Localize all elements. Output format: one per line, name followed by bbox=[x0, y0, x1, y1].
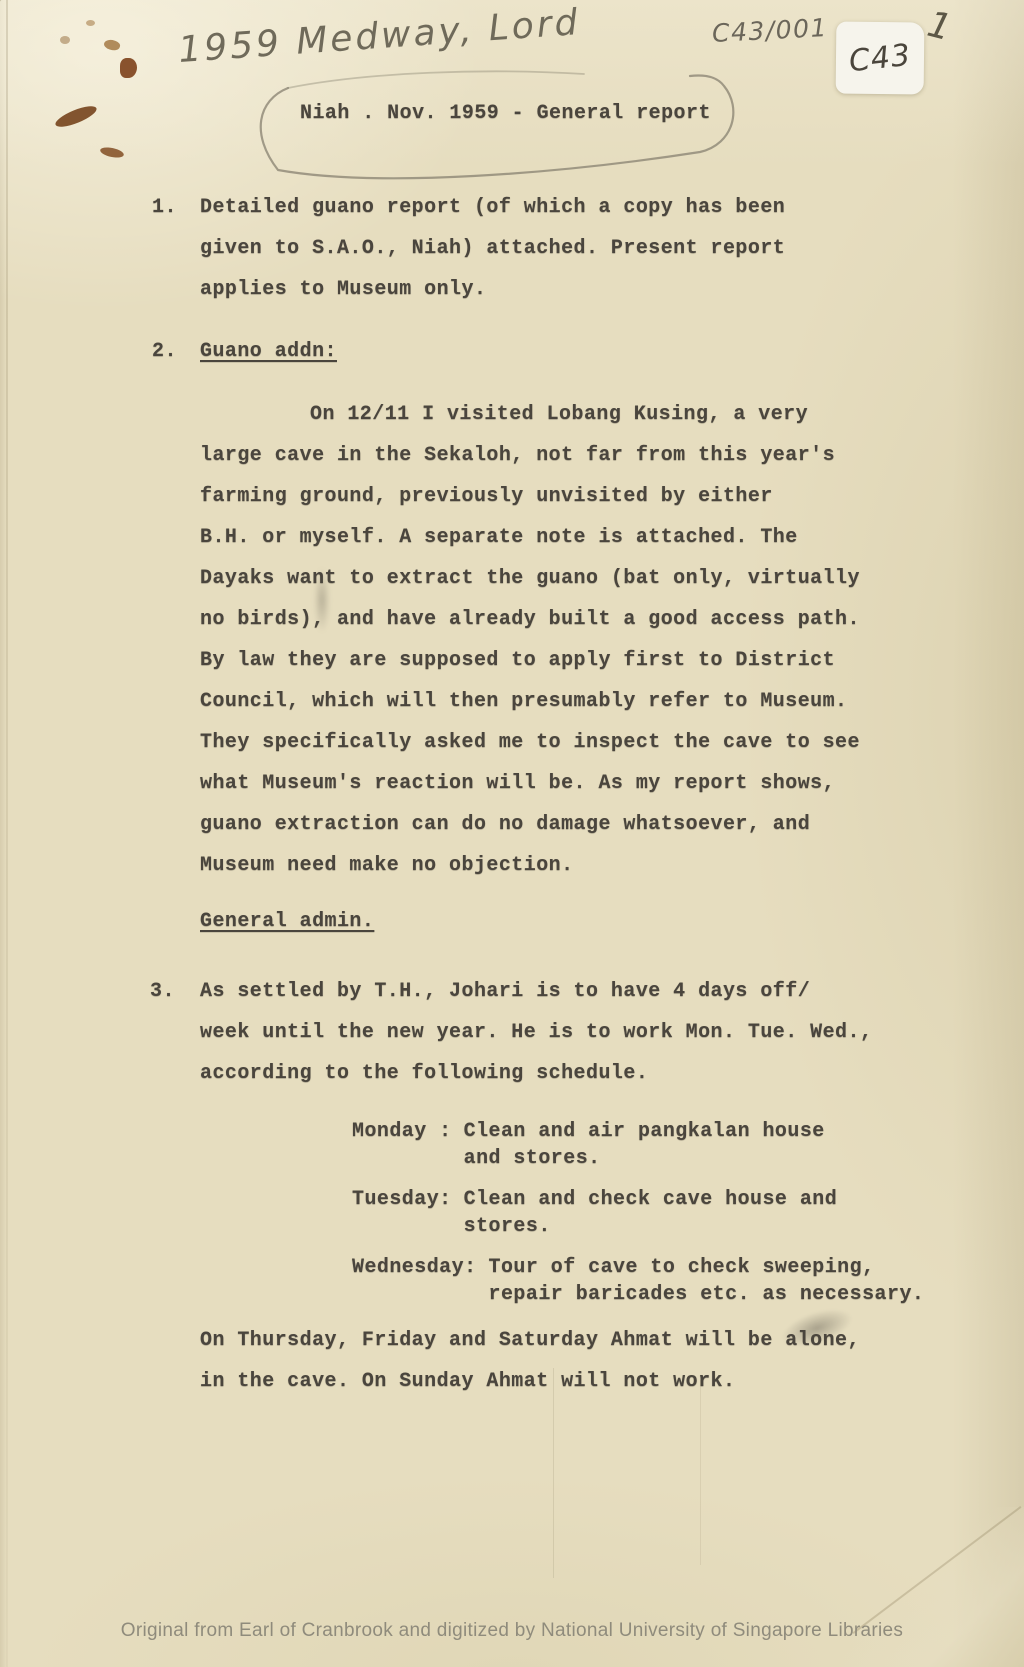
handwritten-year-owner: 1959 Medway, Lord bbox=[177, 2, 582, 71]
text-line: stores. bbox=[464, 1213, 838, 1240]
digitization-credit: Original from Earl of Cranbrook and digi… bbox=[0, 1620, 1024, 1642]
paragraph-1: 1. Detailed guano report (of which a cop… bbox=[152, 187, 785, 310]
paragraph-body: Detailed guano report (of which a copy h… bbox=[200, 187, 785, 310]
text-line: applies to Museum only. bbox=[200, 269, 785, 310]
text-line: repair baricades etc. as necessary. bbox=[489, 1281, 925, 1308]
schedule-entry-tuesday: Tuesday: Clean and check cave house and … bbox=[352, 1186, 924, 1240]
text-line: large cave in the Sekaloh, not far from … bbox=[200, 435, 860, 476]
schedule-description: Clean and check cave house and stores. bbox=[464, 1186, 838, 1240]
schedule-description: Tour of cave to check sweeping, repair b… bbox=[489, 1254, 925, 1308]
schedule-description: Clean and air pangkalan house and stores… bbox=[464, 1118, 825, 1172]
paragraph-3: 3. As settled by T.H., Johari is to have… bbox=[150, 971, 872, 1094]
scanned-document-page: 1959 Medway, Lord C43/001 C43 1 Niah . N… bbox=[0, 0, 1024, 1667]
text-line: week until the new year. He is to work M… bbox=[200, 1012, 872, 1053]
text-line: On Thursday, Friday and Saturday Ahmat w… bbox=[200, 1320, 860, 1361]
text-line: no birds), and have already built a good… bbox=[200, 599, 860, 640]
item-number: 2. bbox=[152, 331, 200, 372]
text-line: Clean and air pangkalan house bbox=[464, 1118, 825, 1145]
paragraph-2: On 12/11 I visited Lobang Kusing, a very… bbox=[200, 394, 860, 886]
section-heading-guano: Guano addn: bbox=[200, 331, 337, 372]
text-line: what Museum's reaction will be. As my re… bbox=[200, 763, 860, 804]
handwritten-ref-code: C43/001 bbox=[711, 13, 828, 48]
text-line: Detailed guano report (of which a copy h… bbox=[200, 187, 785, 228]
text-line: according to the following schedule. bbox=[200, 1053, 872, 1094]
document-title: Niah . Nov. 1959 - General report bbox=[300, 100, 711, 128]
schedule-day-label: Monday : bbox=[352, 1118, 452, 1145]
schedule-entry-monday: Monday : Clean and air pangkalan house a… bbox=[352, 1118, 924, 1172]
paper-stain bbox=[53, 102, 99, 131]
paragraph-2-heading: 2. Guano addn: bbox=[152, 331, 337, 372]
text-line: and stores. bbox=[464, 1145, 825, 1172]
paper-crease bbox=[6, 0, 8, 1667]
paper-stain bbox=[103, 38, 121, 52]
text-line: farming ground, previously unvisited by … bbox=[200, 476, 860, 517]
text-line: B.H. or myself. A separate note is attac… bbox=[200, 517, 860, 558]
text-line: in the cave. On Sunday Ahmat will not wo… bbox=[200, 1361, 860, 1402]
paper-corner-fold bbox=[834, 1507, 1024, 1667]
text-line: guano extraction can do no damage whatso… bbox=[200, 804, 860, 845]
schedule-entry-wednesday: Wednesday: Tour of cave to check sweepin… bbox=[352, 1254, 924, 1308]
weekly-schedule: Monday : Clean and air pangkalan house a… bbox=[352, 1118, 924, 1322]
text-line: They specifically asked me to inspect th… bbox=[200, 722, 860, 763]
item-number: 3. bbox=[150, 971, 200, 1012]
schedule-day-label: Wednesday: bbox=[352, 1254, 477, 1281]
text-line: Council, which will then presumably refe… bbox=[200, 681, 860, 722]
paper-stain bbox=[60, 36, 70, 44]
handwritten-page-number: 1 bbox=[923, 4, 955, 49]
text-line: Clean and check cave house and bbox=[464, 1186, 838, 1213]
text-line: Museum need make no objection. bbox=[200, 845, 860, 886]
item-number: 1. bbox=[152, 187, 200, 228]
paper-stain bbox=[120, 58, 137, 78]
sticker-code: C43 bbox=[847, 37, 913, 79]
text-line: Dayaks want to extract the guano (bat on… bbox=[200, 558, 860, 599]
text-line: Tour of cave to check sweeping, bbox=[489, 1254, 925, 1281]
text-line: given to S.A.O., Niah) attached. Present… bbox=[200, 228, 785, 269]
text-line: As settled by T.H., Johari is to have 4 … bbox=[200, 971, 872, 1012]
archive-sticker: C43 bbox=[836, 22, 925, 95]
text-line: By law they are supposed to apply first … bbox=[200, 640, 860, 681]
closing-paragraph: On Thursday, Friday and Saturday Ahmat w… bbox=[200, 1320, 860, 1402]
show-through-line bbox=[700, 1380, 701, 1565]
paper-stain bbox=[99, 146, 124, 160]
paragraph-body: As settled by T.H., Johari is to have 4 … bbox=[200, 971, 872, 1094]
paper-stain bbox=[86, 20, 95, 26]
schedule-day-label: Tuesday: bbox=[352, 1186, 452, 1213]
text-line: On 12/11 I visited Lobang Kusing, a very bbox=[200, 394, 860, 435]
section-heading-general-admin: General admin. bbox=[200, 901, 374, 942]
pencil-circle-annotation bbox=[238, 64, 758, 194]
